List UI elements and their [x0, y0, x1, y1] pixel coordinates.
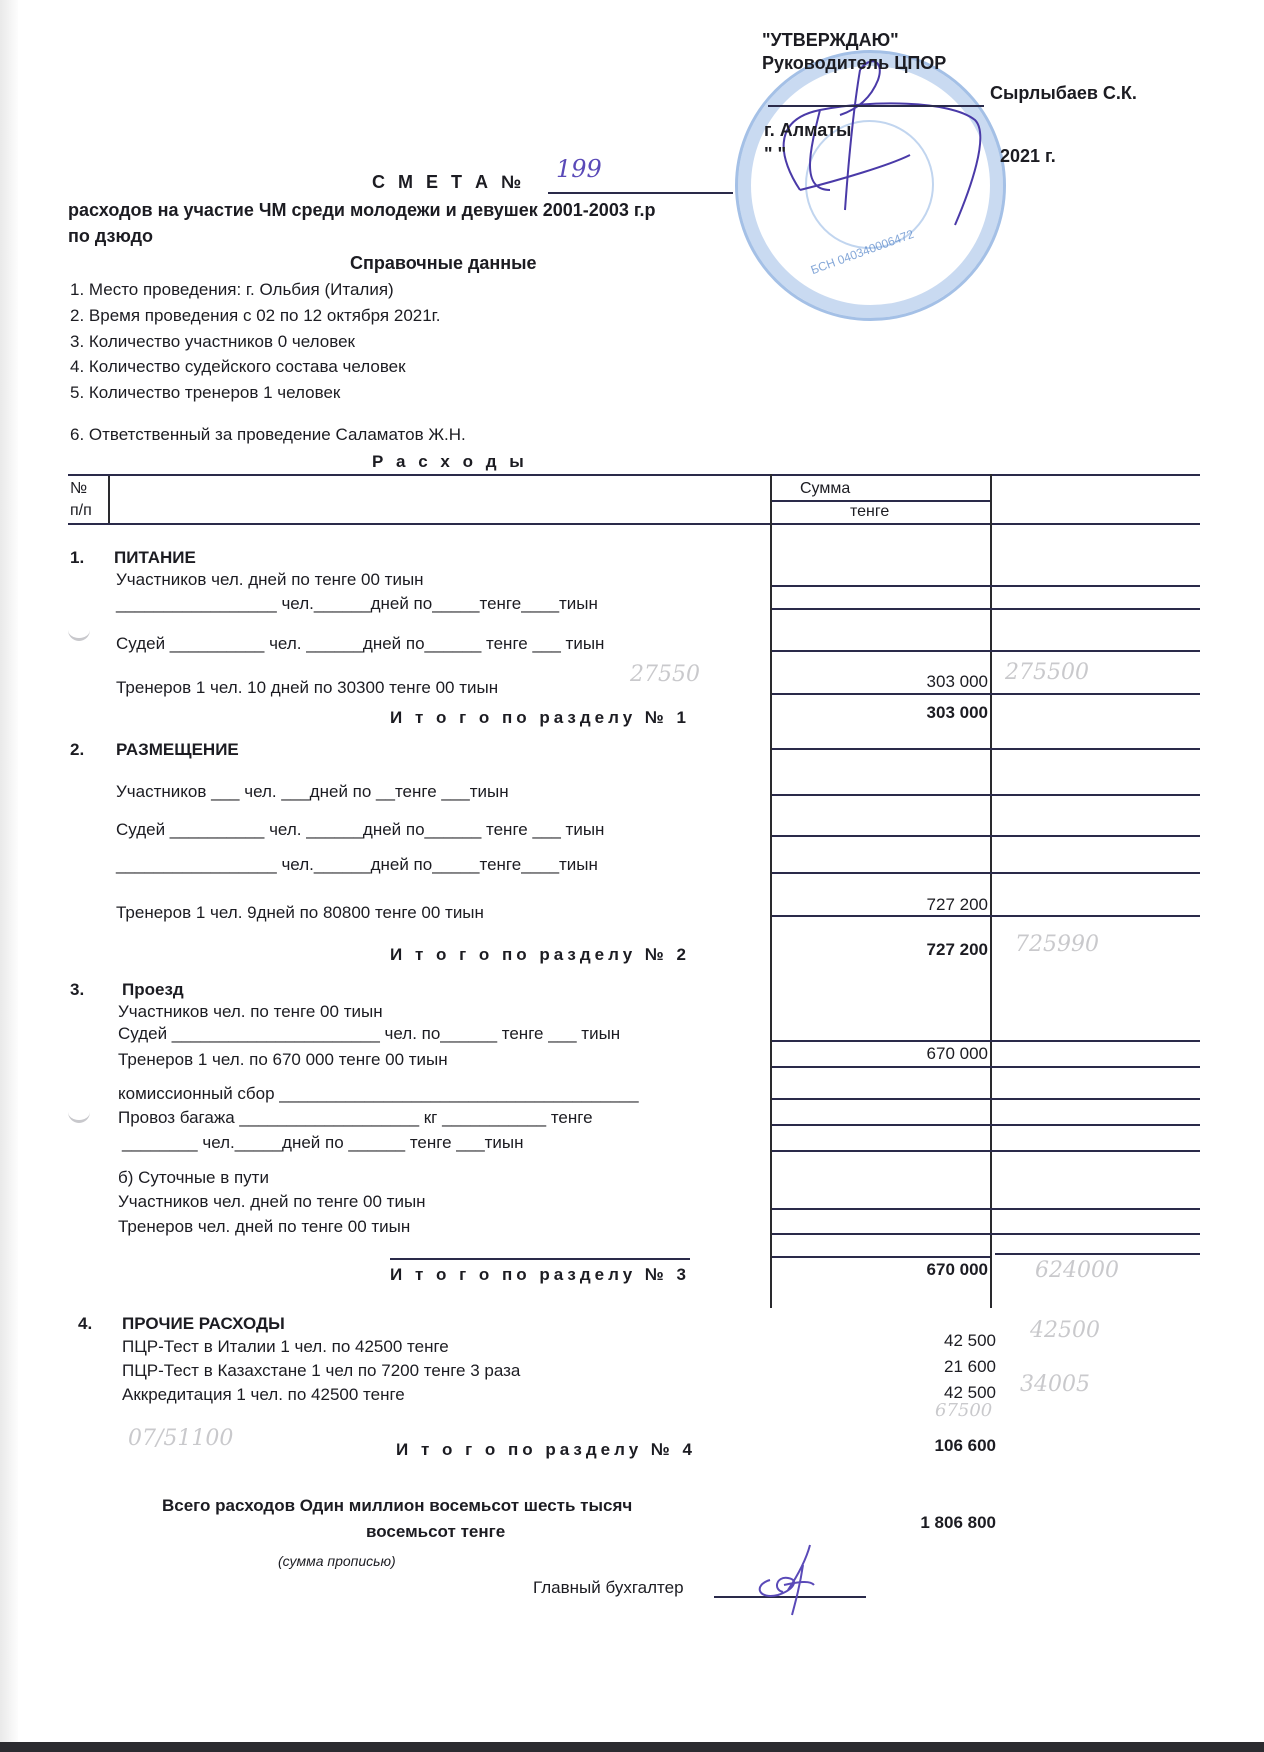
row-line [772, 1233, 1200, 1235]
section-total: 106 600 [772, 1436, 996, 1456]
row-line [772, 1066, 1200, 1068]
line-item: Тренеров чел. дней по тенге 00 тиын [118, 1217, 410, 1237]
line-item: Участников чел. по тенге 00 тиын [118, 1002, 383, 1022]
col-header-num2: п/п [70, 502, 92, 520]
section-total-label: И т о г о по разделу № 1 [390, 708, 690, 728]
estimate-title: С М Е Т А № [372, 172, 525, 193]
line-item: Тренеров 1 чел. 10 дней по 30300 тенге 0… [116, 678, 498, 698]
pencil-note: 725990 [1015, 932, 1099, 957]
sum-col-right [990, 474, 992, 1308]
line-amount: 670 000 [772, 1044, 988, 1064]
approval-signatory: Сырлыбаев С.К. [990, 83, 1137, 104]
line-item: Судей ______________________ чел. по____… [118, 1024, 620, 1044]
scan-edge-left [0, 0, 18, 1752]
sum-col-left [770, 474, 772, 1308]
section-title: Проезд [122, 980, 184, 1000]
approval-year: 2021 г. [1000, 146, 1056, 167]
section-total: 303 000 [772, 703, 988, 723]
scan-mark-icon [68, 628, 90, 641]
approval-date-quotes: " " [764, 144, 786, 165]
row-line [772, 1150, 1200, 1152]
approval-city: г. Алматы [764, 120, 851, 141]
grand-total-amount: 1 806 800 [772, 1513, 996, 1533]
row-line [772, 794, 1200, 796]
section-title: РАЗМЕЩЕНИЕ [116, 740, 239, 760]
reference-item: 3. Количество участников 0 человек [70, 332, 355, 352]
line-amount: 727 200 [772, 895, 988, 915]
reference-item: 2. Время проведения с 02 по 12 октября 2… [70, 306, 441, 326]
grand-total-words-line2: восемьсот тенге [366, 1522, 505, 1542]
line-item: Тренеров 1 чел. по 670 000 тенге 00 тиын [118, 1050, 448, 1070]
line-amount: 21 600 [772, 1357, 996, 1377]
section-total-label: И т о г о по разделу № 4 [396, 1440, 696, 1460]
table-header-bottom [68, 523, 1200, 525]
reference-item: 5. Количество тренеров 1 человек [70, 383, 340, 403]
estimate-subtitle-line2: по дзюдо [68, 226, 153, 247]
line-item: _________________ чел.______дней по_____… [116, 594, 598, 614]
section-total-label: И т о г о по разделу № 3 [390, 1265, 690, 1285]
accountant-signature-icon [748, 1540, 828, 1620]
col-header-num: № [70, 480, 87, 498]
num-col-divider [108, 476, 110, 523]
line-item: Тренеров 1 чел. 9дней по 80800 тенге 00 … [116, 903, 484, 923]
line-amount: 42 500 [772, 1331, 996, 1351]
reference-item: 1. Место проведения: г. Ольбия (Италия) [70, 280, 394, 300]
estimate-number: 199 [556, 155, 602, 183]
line-item: Судей __________ чел. ______дней по_____… [116, 820, 604, 840]
grand-total-words-line1: Всего расходов Один миллион восемьсот ше… [162, 1496, 632, 1516]
col-header-sum: Сумма [800, 480, 850, 498]
pencil-note: 27550 [630, 662, 700, 687]
approval-title: "УТВЕРЖДАЮ" [762, 30, 899, 51]
section-number: 4. [78, 1314, 92, 1334]
row-line [772, 650, 1200, 652]
pencil-note: 42500 [1030, 1318, 1100, 1343]
line-item: ПЦР-Тест в Казахстане 1 чел по 7200 тенг… [122, 1361, 520, 1381]
row-line [772, 1040, 1200, 1042]
row-line [772, 835, 1200, 837]
scan-edge-bottom [0, 1742, 1264, 1752]
pencil-note: 34005 [1020, 1372, 1090, 1397]
line-amount: 303 000 [772, 672, 988, 692]
section-total: 670 000 [772, 1260, 988, 1280]
pencil-note: 624000 [1035, 1258, 1119, 1283]
row-line [772, 748, 1200, 750]
line-item: _________________ чел.______дней по_____… [116, 855, 598, 875]
row-line [772, 1256, 990, 1258]
line-item: ________ чел._____дней по ______ тенге _… [122, 1133, 524, 1153]
line-item: б) Суточные в пути [118, 1168, 269, 1188]
section-total-label: И т о г о по разделу № 2 [390, 945, 690, 965]
line-item: Провоз багажа ___________________ кг ___… [118, 1108, 593, 1128]
row-line [772, 693, 1200, 695]
section-number: 3. [70, 980, 84, 1000]
estimate-number-line [548, 192, 733, 194]
row-line [772, 585, 1200, 587]
sum-header-divider [772, 500, 992, 502]
line-item: ПЦР-Тест в Италии 1 чел. по 42500 тенге [122, 1337, 449, 1357]
section3-total-line [390, 1258, 690, 1260]
row-line [772, 1098, 1200, 1100]
approval-position: Руководитель ЦПОР [762, 53, 946, 74]
pencil-note: 67500 [935, 1400, 992, 1421]
row-line [995, 1253, 1200, 1255]
row-line [772, 608, 1200, 610]
accountant-label: Главный бухгалтер [533, 1578, 684, 1598]
row-line [772, 1208, 1200, 1210]
scan-mark-icon [68, 1110, 90, 1123]
grand-total-caption: (сумма прописью) [278, 1553, 396, 1569]
section-number: 1. [70, 548, 84, 568]
expenses-heading: Р а с х о д ы [372, 452, 528, 472]
section-total: 727 200 [772, 940, 988, 960]
line-item: Участников чел. дней по тенге 00 тиын [116, 570, 424, 590]
reference-heading: Справочные данные [350, 253, 537, 274]
approval-signature-line [768, 105, 984, 107]
line-item: Судей __________ чел. ______дней по_____… [116, 634, 604, 654]
row-line [772, 872, 1200, 874]
line-item: Аккредитация 1 чел. по 42500 тенге [122, 1385, 405, 1405]
row-line [772, 1124, 1200, 1126]
section-number: 2. [70, 740, 84, 760]
estimate-subtitle-line1: расходов на участие ЧМ среди молодежи и … [68, 200, 656, 221]
pencil-note: 275500 [1005, 660, 1089, 685]
line-item: Участников чел. дней по тенге 00 тиын [118, 1192, 426, 1212]
section-title: ПРОЧИЕ РАСХОДЫ [122, 1314, 285, 1334]
section-title: ПИТАНИЕ [114, 548, 196, 568]
reference-item: 6. Ответственный за проведение Саламатов… [70, 425, 466, 445]
pencil-note: 07/51100 [128, 1426, 233, 1451]
row-line [772, 915, 1200, 917]
table-top-line [68, 474, 1200, 476]
reference-item: 4. Количество судейского состава человек [70, 357, 406, 377]
line-item: комиссионный сбор ______________________… [118, 1084, 639, 1104]
col-header-currency: тенге [850, 503, 889, 521]
line-item: Участников ___ чел. ___дней по __тенге _… [116, 782, 509, 802]
